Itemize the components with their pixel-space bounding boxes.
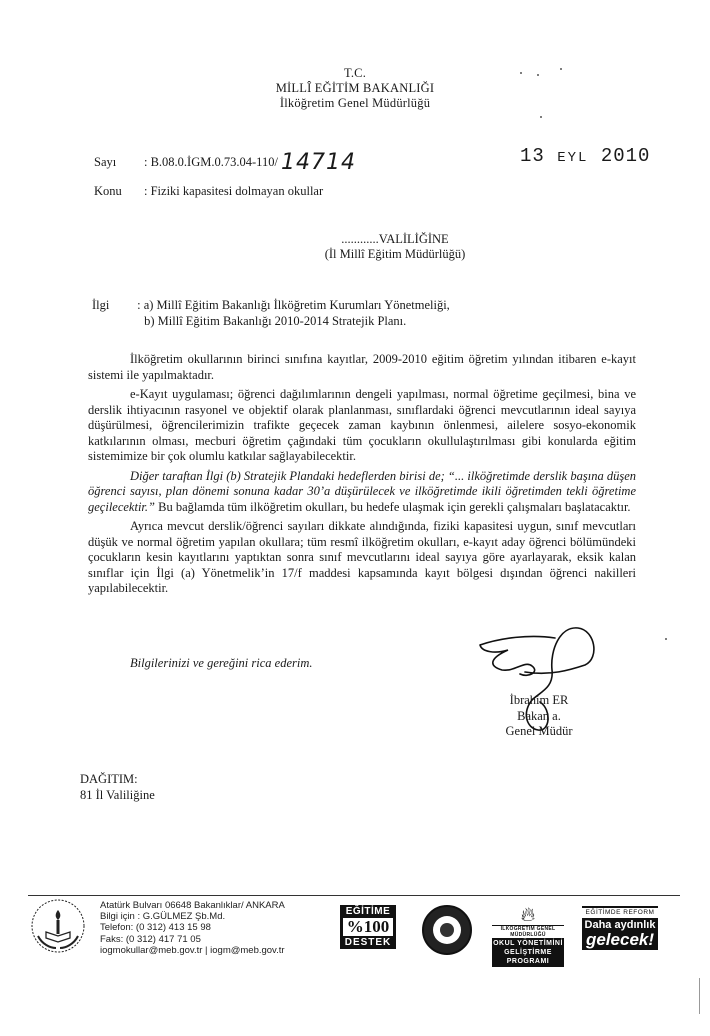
letterhead-ministry: MİLLÎ EĞİTİM BAKANLIĞI [0, 81, 710, 96]
letterhead-country: T.C. [0, 66, 710, 81]
addressee-line2: (İl Millî Eğitim Müdürlüğü) [80, 247, 710, 262]
paragraph-2: e-Kayıt uygulaması; öğrenci dağılımların… [88, 387, 636, 465]
flame-icon: 🔥︎ [492, 905, 564, 925]
handwritten-number: 14714 [281, 150, 356, 175]
ilgi-item-b: b) Millî Eğitim Bakanlığı 2010-2014 Stra… [137, 314, 450, 330]
letter-body: İlköğretim okullarının birinci sınıfına … [88, 352, 636, 601]
date-stamp: 13 EYL 2010 [520, 145, 650, 167]
sayi-label: Sayı [94, 155, 144, 170]
logo-okul-yonetimi: 🔥︎ İLKÖĞRETİM GENEL MÜDÜRLÜĞÜ OKUL YÖNET… [492, 905, 564, 967]
logo-destek-bottom: DESTEK [340, 936, 396, 949]
distribution-recipient: 81 İl Valiliğine [80, 788, 155, 804]
footer-contact: Atatürk Bulvarı 06648 Bakanlıklar/ ANKAR… [100, 900, 285, 956]
sayi-value: : B.08.0.İGM.0.73.04-110/ [144, 155, 278, 169]
ministry-emblem-icon [30, 898, 86, 954]
subject-row: Konu: Fiziki kapasitesi dolmayan okullar [94, 184, 323, 199]
logo-egitime-destek: EĞİTİME %100 DESTEK [340, 905, 396, 949]
logo-okul-line2: GELİŞTİRME PROGRAMI [492, 948, 564, 966]
footer-email: iogmokullar@meb.gov.tr | iogm@meb.gov.tr [100, 945, 285, 956]
signatory-name: İbrahim ER [484, 693, 594, 709]
paragraph-3: Diğer taraftan İlgi (b) Stratejik Planda… [88, 469, 636, 516]
scan-speck [520, 72, 522, 74]
signatory-title1: Bakan a. [484, 709, 594, 725]
logo-okul-caption: İLKÖĞRETİM GENEL MÜDÜRLÜĞÜ [492, 925, 564, 938]
scan-speck [560, 68, 562, 70]
paragraph-1: İlköğretim okullarının birinci sınıfına … [88, 352, 636, 383]
logo-reform-box: Daha aydınlık gelecek! [582, 918, 658, 950]
logo-reform-line2: gelecek! [584, 931, 656, 949]
paragraph-4: Ayrıca mevcut derslik/öğrenci sayıları d… [88, 519, 636, 597]
signatory-title2: Genel Müdür [484, 724, 594, 740]
closing-line: Bilgilerinizi ve gereğini rica ederim. [130, 656, 312, 671]
logo-okul-line1: OKUL YÖNETİMİNİ [492, 939, 564, 948]
footer-address: Atatürk Bulvarı 06648 Bakanlıklar/ ANKAR… [100, 900, 285, 911]
logo-egitimde-reform: EĞİTİMDE REFORM Daha aydınlık gelecek! [582, 906, 658, 950]
logo-destek-mid: %100 [340, 918, 396, 936]
seal-logo-icon [422, 905, 472, 955]
footer-contact-person: Bilgi için : G.GÜLMEZ Şb.Md. [100, 911, 285, 922]
distribution-label: DAĞITIM: [80, 772, 155, 788]
stamp-day: 13 [520, 145, 545, 167]
stamp-year: 2010 [601, 145, 651, 167]
stamp-month: EYL [557, 150, 588, 166]
addressee: ............VALİLİĞİNE (İl Millî Eğitim … [0, 232, 710, 262]
scan-speck [665, 638, 667, 640]
paragraph-3-rest: Bu bağlamda tüm ilköğretim okulları, bu … [155, 500, 631, 514]
scan-speck [540, 116, 542, 118]
scan-edge-mark [699, 978, 700, 1014]
ilgi-label: İlgi [92, 298, 134, 314]
footer-phone: Telefon: (0 312) 413 15 98 [100, 922, 285, 933]
distribution: DAĞITIM: 81 İl Valiliğine [80, 772, 155, 803]
konu-value: : Fiziki kapasitesi dolmayan okullar [144, 184, 323, 198]
footer-divider [28, 895, 680, 896]
konu-label: Konu [94, 184, 144, 199]
ilgi-item-a: : a) Millî Eğitim Bakanlığı İlköğretim K… [137, 298, 450, 314]
reference-list: İlgi : a) Millî Eğitim Bakanlığı İlköğre… [92, 298, 450, 329]
letterhead: T.C. MİLLÎ EĞİTİM BAKANLIĞI İlköğretim G… [0, 66, 710, 111]
signatory: İbrahim ER Bakan a. Genel Müdür [484, 693, 594, 740]
footer-fax: Faks: (0 312) 417 71 05 [100, 934, 285, 945]
reference-number-row: Sayı: B.08.0.İGM.0.73.04-110/ 14714 [94, 150, 356, 175]
logo-reform-caption: EĞİTİMDE REFORM [582, 906, 658, 916]
scan-speck [537, 74, 539, 76]
logo-okul-box: OKUL YÖNETİMİNİ GELİŞTİRME PROGRAMI [492, 938, 564, 967]
addressee-line1: ............VALİLİĞİNE [80, 232, 710, 247]
letterhead-directorate: İlköğretim Genel Müdürlüğü [0, 96, 710, 111]
